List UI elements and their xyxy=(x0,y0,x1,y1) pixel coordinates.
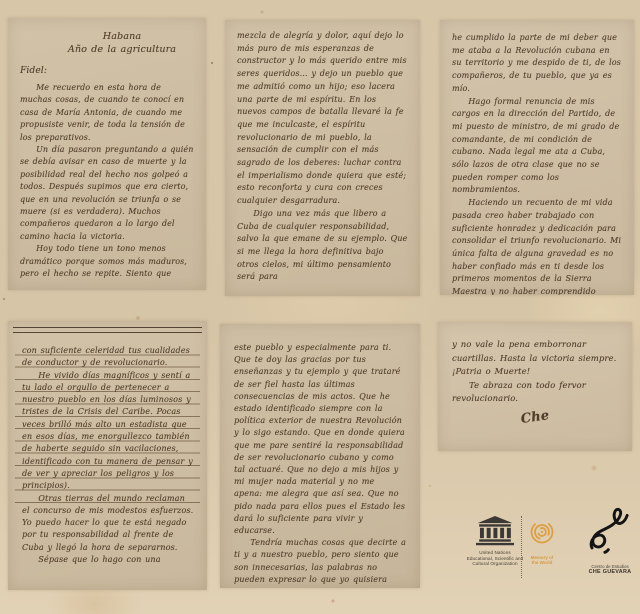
mow-label-line: the World xyxy=(527,560,557,565)
handwritten-text-page-final: y no vale la pena emborronar cuartillas.… xyxy=(452,338,618,406)
handwritten-text-page-bottom-center: este pueblo y especialmente para ti. Que… xyxy=(234,342,406,586)
unesco-temple-icon xyxy=(476,515,514,547)
letter-place: Habana xyxy=(20,30,194,43)
dotted-separator xyxy=(521,516,522,578)
letter-page-bottom-left: con suficiente celeridad tus cualidades … xyxy=(8,321,207,590)
che-signature-icon xyxy=(586,504,634,556)
letter-page-1: Habana Año de la agricultura Fidel: Me r… xyxy=(8,18,206,290)
letter-salutation: Fidel: xyxy=(20,66,194,76)
handwritten-text-page-bottom-left: con suficiente celeridad tus cualidades … xyxy=(22,345,195,566)
che-center-name: CHE GUEVARA xyxy=(583,569,637,575)
notebook-header-rule xyxy=(13,327,202,333)
letter-page-top-right: he cumplido la parte de mi deber que me … xyxy=(440,20,634,295)
letter-page-top-center: mezcla de alegría y dolor, aquí dejo lo … xyxy=(225,20,420,296)
memory-of-the-world-logo: Memory of the World xyxy=(527,518,557,566)
letter-dateline: Año de la agricultura xyxy=(20,43,194,56)
unesco-logo: United Nations Educational, Scientific a… xyxy=(465,515,525,567)
memory-of-the-world-spiral-icon xyxy=(528,518,556,546)
handwritten-text-page-top-right: he cumplido la parte de mi deber que me … xyxy=(452,32,622,295)
scanned-letter-collage: Habana Año de la agricultura Fidel: Me r… xyxy=(0,0,640,614)
handwritten-text-page-1: Me recuerdo en esta hora de muchas cosas… xyxy=(20,82,194,281)
handwritten-text-page-top-center: mezcla de alegría y dolor, aquí dejo lo … xyxy=(237,30,408,284)
letter-page-bottom-center: este pueblo y especialmente para ti. Que… xyxy=(220,324,420,588)
unesco-org-line: Cultural Organization xyxy=(465,561,525,567)
letter-page-final: y no vale la pena emborronar cuartillas.… xyxy=(438,322,632,451)
che-guevara-center-logo: Centro de Estudios CHE GUEVARA xyxy=(583,504,637,575)
